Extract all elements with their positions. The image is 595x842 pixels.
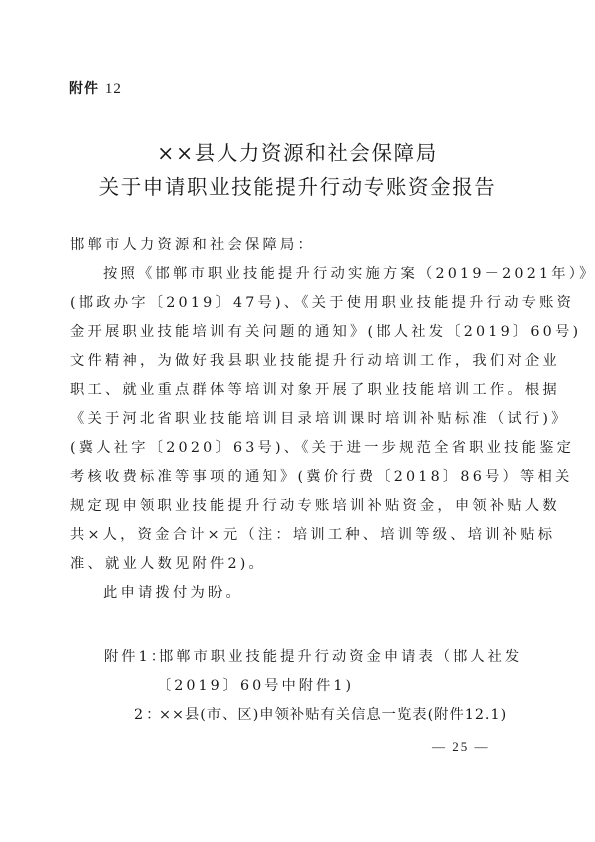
- paragraph-line: 考核收费标准等事项的通知》(冀价行费〔2018〕86号）等相关: [70, 468, 520, 486]
- paragraph-line: (冀人社字〔2020〕63号)、《关于进一步规范全省职业技能鉴定: [70, 439, 520, 457]
- paragraph-line: 金开展职业技能培训有关问题的通知》(邯人社发〔2019〕60号): [70, 323, 520, 341]
- paragraph-line: 准、就业人数见附件2)。: [70, 555, 520, 573]
- attachment-label: 附件 12: [69, 78, 122, 98]
- document-page: 附件 12 ××县人力资源和社会保障局 关于申请职业技能提升行动专账资金报告 邯…: [0, 0, 595, 842]
- closing-line: 此申请拨付为盼。: [103, 584, 553, 602]
- title-line-1: ××县人力资源和社会保障局: [0, 136, 595, 166]
- page-number: — 25 —: [432, 739, 490, 755]
- attachment-number: 12: [105, 81, 122, 97]
- attachment-1-line-2: 〔2019〕60号中附件1): [157, 677, 354, 695]
- attachment-1-line-1: 邯郸市职业技能提升行动资金申请表（邯人社发: [159, 648, 522, 666]
- paragraph-line: 职工、就业重点群体等培训对象开展了职业技能培训工作。根据: [70, 381, 520, 399]
- paragraph-line: 文件精神，为做好我县职业技能提升行动培训工作，我们对企业: [70, 352, 520, 370]
- paragraph-line: 规定现申领职业技能提升行动专账培训补贴资金，申领补贴人数: [70, 497, 520, 515]
- addressee: 邯郸市人力资源和社会保障局：: [70, 236, 520, 254]
- paragraph-line: 共×人，资金合计×元（注：培训工种、培训等级、培训补贴标: [70, 526, 520, 544]
- attachment-2-text: ××县(市、区)申领补贴有关信息一览表(附件12.1): [159, 706, 507, 724]
- paragraph-line: (邯政办字〔2019〕47号)、《关于使用职业技能提升行动专账资: [70, 294, 520, 312]
- attachment-label-text: 附件: [69, 81, 99, 97]
- paragraph-line: 按照《邯郸市职业技能提升行动实施方案（2019－2021年）》: [103, 265, 553, 283]
- title-line-2: 关于申请职业技能提升行动专账资金报告: [0, 170, 595, 200]
- paragraph-line: 《关于河北省职业技能培训目录培训课时培训补贴标准（试行)》: [70, 410, 520, 428]
